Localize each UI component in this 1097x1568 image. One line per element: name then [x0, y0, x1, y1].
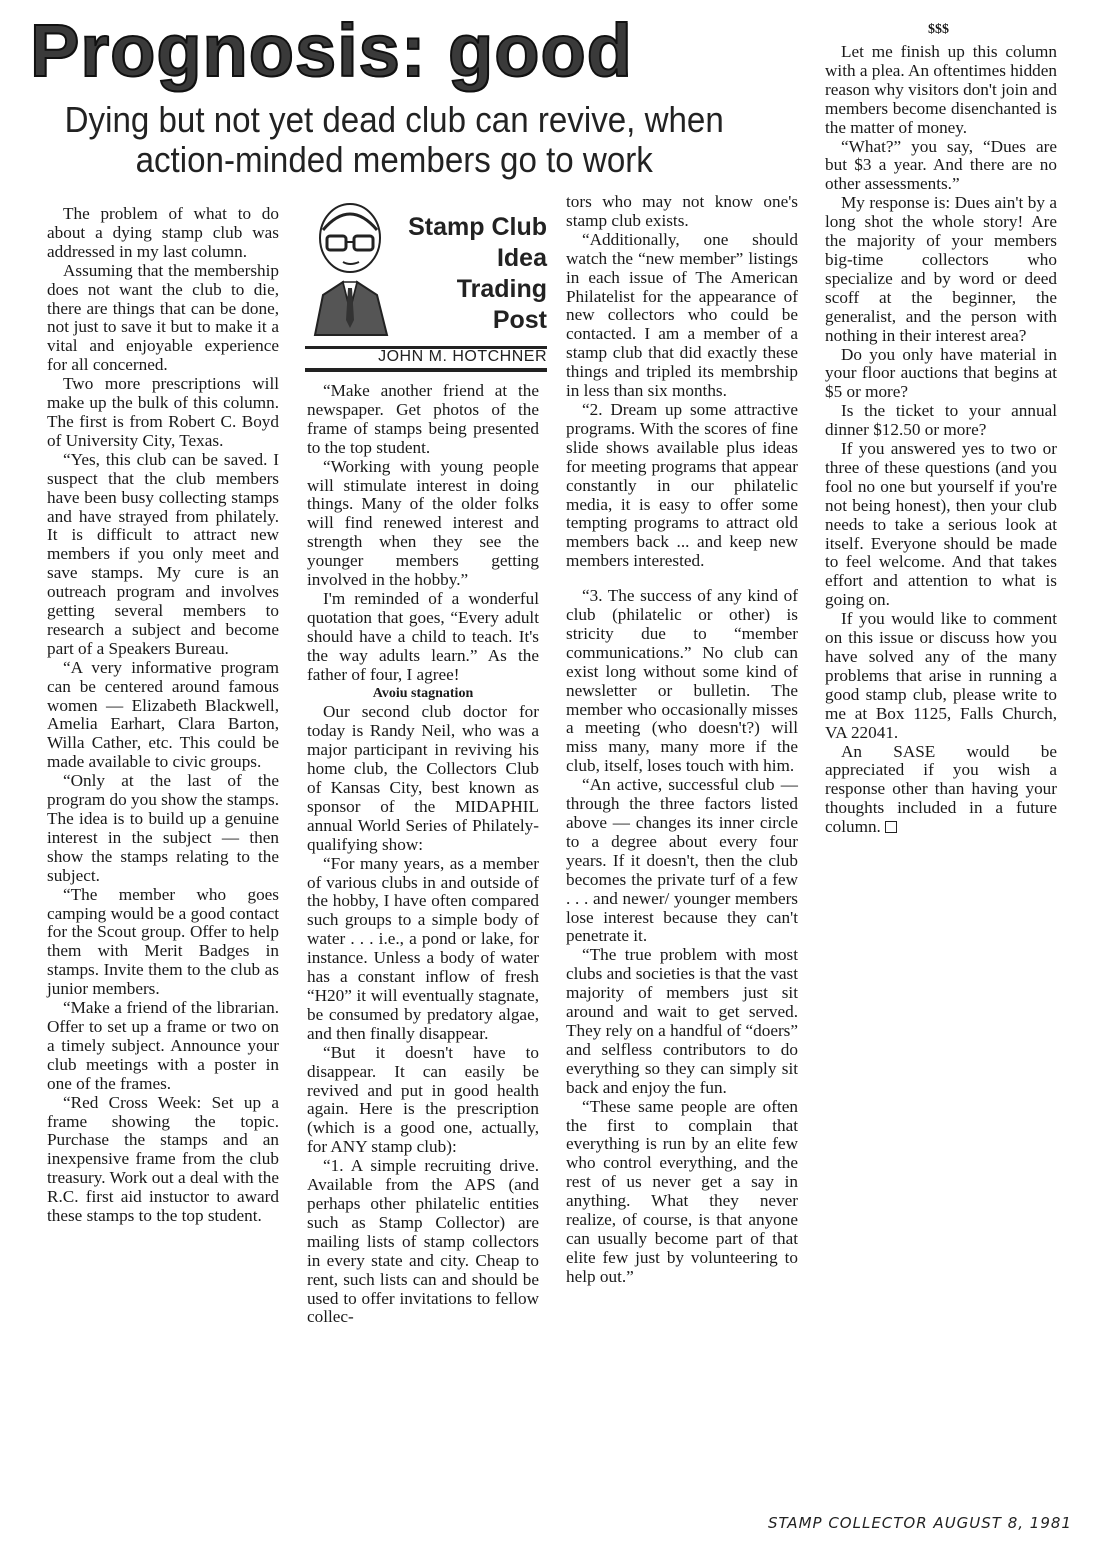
paragraph: tors who may not know one's stamp club e… — [566, 193, 798, 231]
section-mark: $$$ — [928, 22, 949, 38]
paragraph: Two more prescriptions will make up the … — [47, 375, 279, 451]
paragraph: If you would like to comment on this iss… — [825, 610, 1057, 742]
divider — [305, 368, 547, 372]
paragraph: “Additionally, one should watch the “new… — [566, 231, 798, 401]
paragraph: An SASE would be appreciated if you wish… — [825, 743, 1057, 838]
columnist-portrait-icon — [305, 200, 395, 340]
paragraph: Assuming that the membership does not wa… — [47, 262, 279, 375]
subsection-heading: Avoiu stagnation — [307, 685, 539, 704]
paragraph: “Make a friend of the librarian. Offer t… — [47, 999, 279, 1094]
column-logo-title: Stamp Club Idea Trading Post — [408, 212, 547, 336]
byline: JOHN M. HOTCHNER — [378, 348, 547, 366]
paragraph: “But it doesn't have to disappear. It ca… — [307, 1044, 539, 1157]
paragraph: My response is: Dues ain't by a long sho… — [825, 194, 1057, 345]
paragraph: “2. Dream up some attractive programs. W… — [566, 401, 798, 571]
logo-line: Stamp Club — [408, 212, 547, 243]
paragraph: “Make another friend at the newspaper. G… — [307, 382, 539, 458]
end-mark-icon — [885, 821, 897, 833]
article-column-4: Let me finish up this column with a plea… — [825, 43, 1057, 837]
paragraph: The problem of what to do about a dying … — [47, 205, 279, 262]
paragraph: “The true problem with most clubs and so… — [566, 946, 798, 1097]
paragraph: Let me finish up this column with a plea… — [825, 43, 1057, 138]
paragraph: “Working with young people will stimulat… — [307, 458, 539, 590]
logo-line: Idea — [408, 243, 547, 274]
article-column-1: The problem of what to do about a dying … — [47, 205, 279, 1226]
paragraph: I'm reminded of a wonderful quotation th… — [307, 590, 539, 685]
column-logo: Stamp Club Idea Trading Post JOHN M. HOT… — [305, 200, 547, 372]
paragraph-text: An SASE would be appreciated if you wish… — [825, 742, 1057, 837]
handwritten-note: STAMP COLLECTOR AUGUST 8, 1981 — [768, 1514, 1072, 1532]
paragraph: Is the ticket to your annual dinner $12.… — [825, 402, 1057, 440]
headline: Prognosis: good — [30, 8, 633, 93]
paragraph: “3. The success of any kind of club (phi… — [566, 587, 798, 776]
paragraph: “1. A simple recruiting drive. Available… — [307, 1157, 539, 1327]
paragraph: If you answered yes to two or three of t… — [825, 440, 1057, 610]
paragraph: “Red Cross Week: Set up a frame showing … — [47, 1094, 279, 1226]
paragraph: “The member who goes camping would be a … — [47, 886, 279, 999]
article-column-2: “Make another friend at the newspaper. G… — [307, 382, 539, 1327]
article-column-3: tors who may not know one's stamp club e… — [566, 193, 798, 1287]
paragraph: “An active, successful club — through th… — [566, 776, 798, 946]
paragraph: “These same people are often the first t… — [566, 1098, 798, 1287]
paragraph: “Yes, this club can be saved. I suspect … — [47, 451, 279, 659]
paragraph: “A very informative program can be cente… — [47, 659, 279, 772]
paragraph: “For many years, as a member of various … — [307, 855, 539, 1044]
logo-line: Post — [408, 305, 547, 336]
paragraph: “What?” you say, “Dues are but $3 a year… — [825, 138, 1057, 195]
logo-line: Trading — [408, 274, 547, 305]
paragraph: “Only at the last of the program do you … — [47, 772, 279, 885]
subheadline: Dying but not yet dead club can revive, … — [40, 100, 748, 180]
paragraph: Do you only have material in your floor … — [825, 346, 1057, 403]
paragraph: Our second club doctor for today is Rand… — [307, 703, 539, 854]
